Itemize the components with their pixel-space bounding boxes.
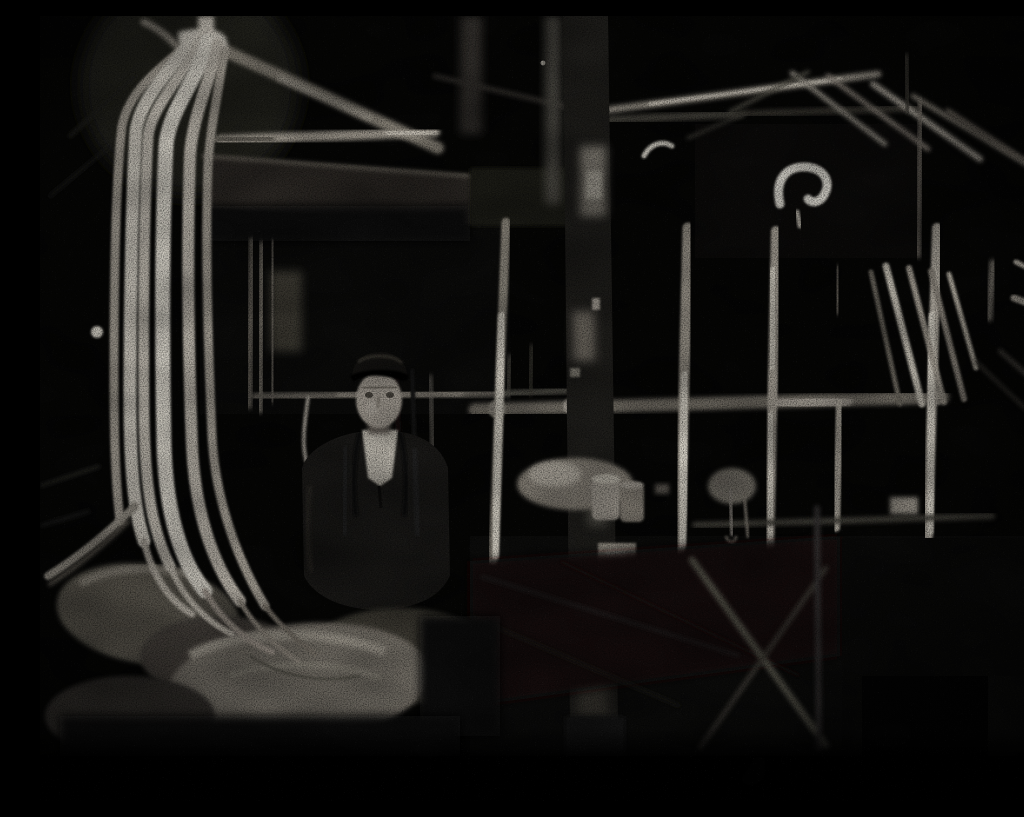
halftone-photograph (40, 16, 1024, 801)
photo-canvas (40, 16, 1024, 801)
vignette (40, 16, 1024, 801)
